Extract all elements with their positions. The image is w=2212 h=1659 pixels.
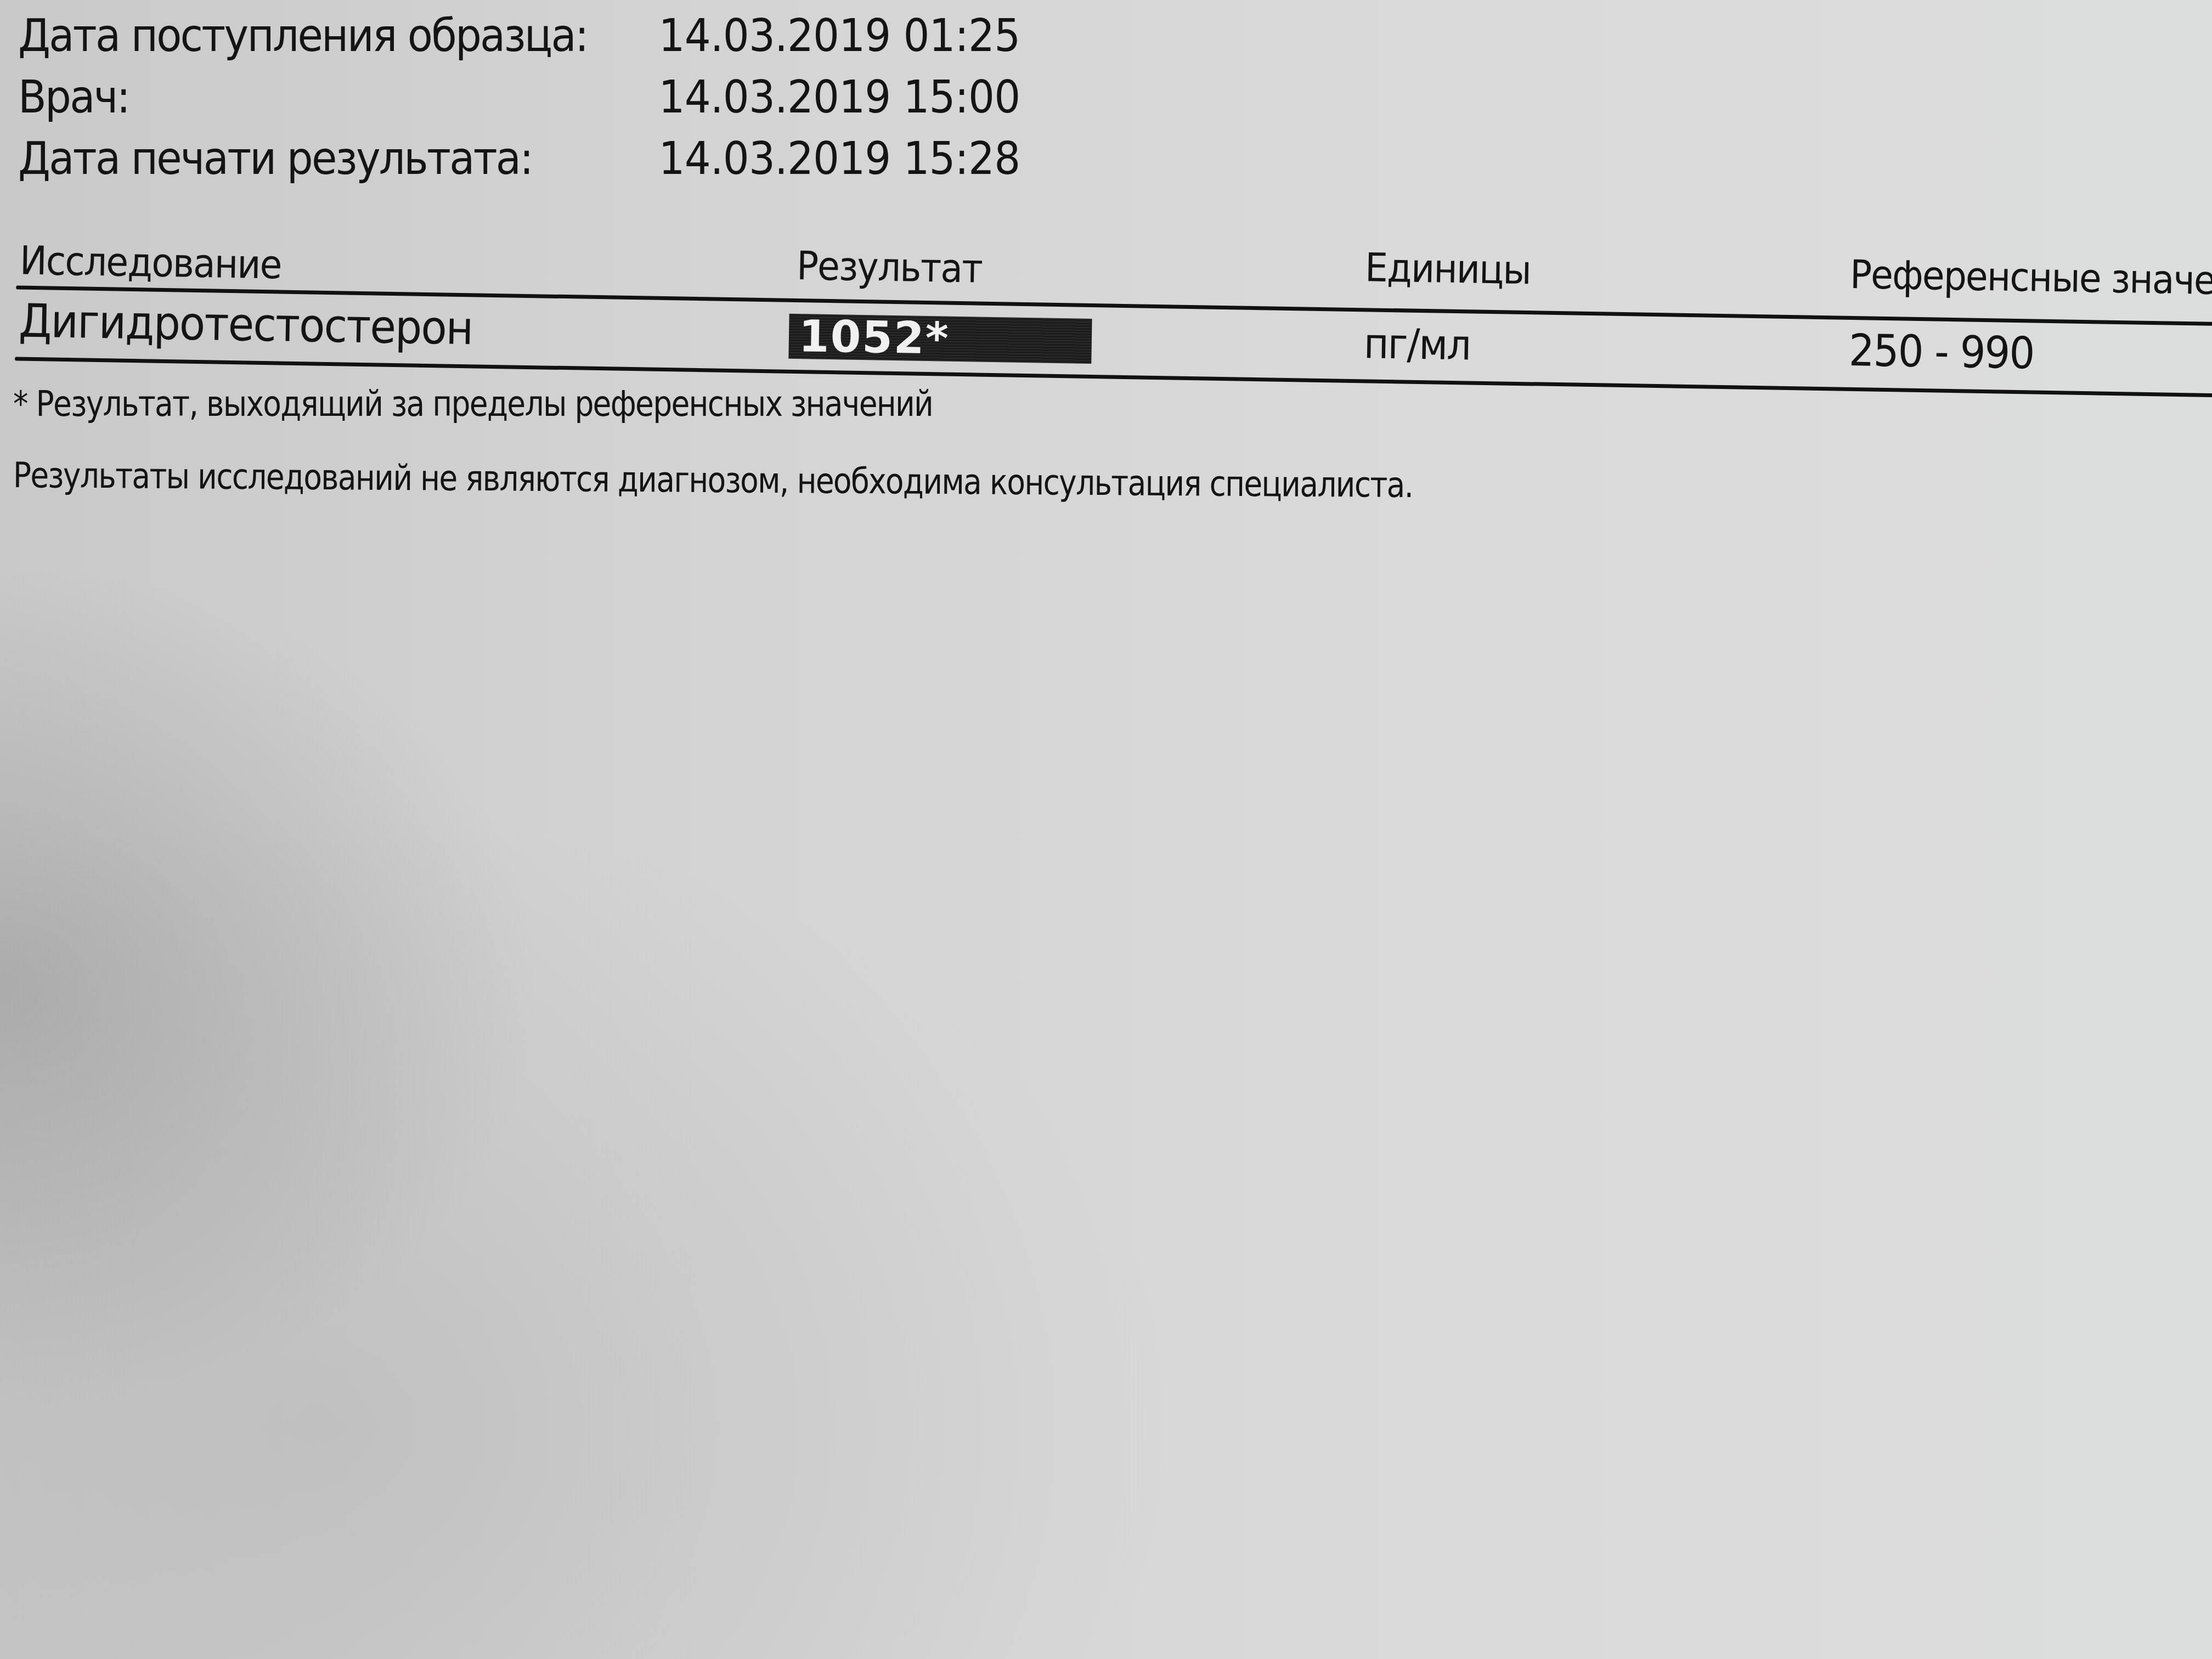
reference-range: 250 - 990 xyxy=(1848,325,2034,379)
column-header-test: Исследование xyxy=(19,238,281,288)
result-value-flagged: 1052* xyxy=(788,314,1092,364)
column-header-units: Единицы xyxy=(1365,244,1531,293)
column-header-result: Результат xyxy=(796,242,982,292)
out-of-range-note: * Результат, выходящий за пределы рефере… xyxy=(13,384,933,425)
column-header-reference: Референсные значен xyxy=(1849,251,2212,304)
units-value: пг/мл xyxy=(1363,319,1471,369)
lab-result-sheet: Дата поступления образца: 14.03.2019 01:… xyxy=(0,0,2212,1659)
test-name: Дигидротестостерон xyxy=(18,294,473,356)
